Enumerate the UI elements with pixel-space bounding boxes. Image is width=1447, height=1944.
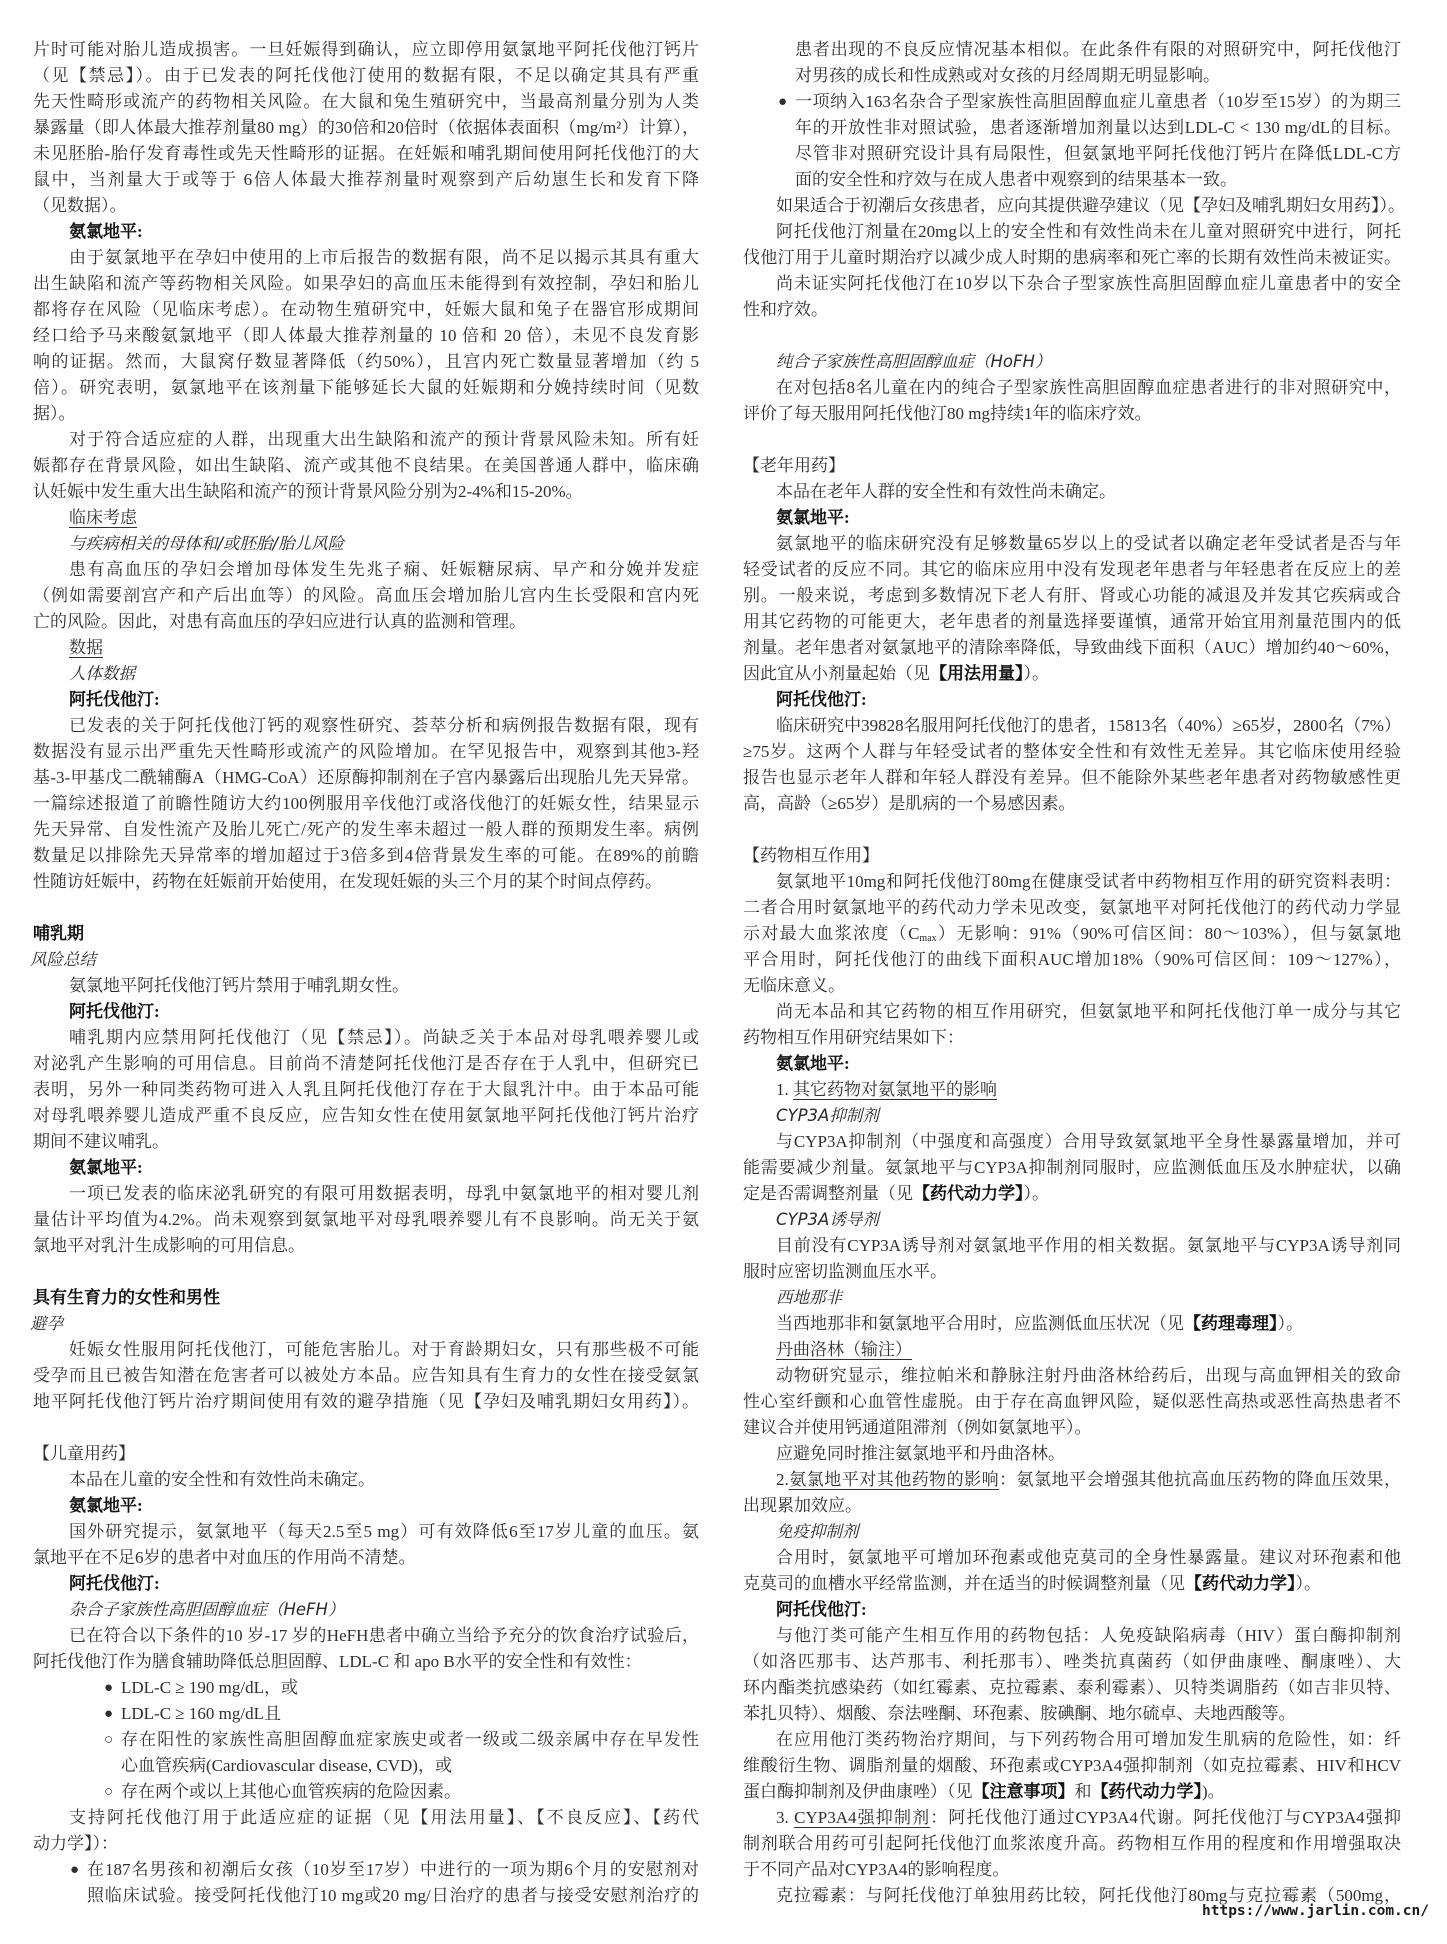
list-item-continuation: 年的开放性非对照试验，患者逐渐增加剂量以达到LDL-C < 130 mg/dL的… [743,115,1401,141]
text-line: 对于符合适应症的人群，出现重大出生缺陷和流产的预计背景风险未知。所有妊 [33,427,699,453]
text-line: 性和疗效。 [743,297,1401,323]
text-segment: ）无影响：91%（90%可信区间：80～103%），但与氨氯地 [937,924,1401,943]
section-reference: 【药代动力学】 [913,1184,1024,1203]
data-heading: 数据 [33,635,699,661]
drug-interactions-section: 【药物相互作用】 氨氯地平10mg和阿托伐他汀80mg在健康受试者中药物相互作用… [743,843,1401,1909]
underlined-heading: 其它药物对氨氯地平的影响 [793,1080,997,1099]
section-heading-pediatric-use: 【儿童用药】 [33,1441,699,1467]
text-segment: 示对最大血浆浓度（C [743,924,919,943]
text-line: 据）。 [33,401,699,427]
text-line: 出生缺陷和流产等药物相关风险。如果孕妇的高血压未能得到有效控制，孕妇和胎儿 [33,271,699,297]
text-line: 娠都存在背景风险，如出生缺陷、流产或其他不良结果。在美国普通人群中，临床确 [33,453,699,479]
text-line: 本品在儿童的安全性和有效性尚未确定。 [33,1467,699,1493]
risk-summary-subheading: 风险总结 [30,947,699,973]
text-line: 别。一般来说，考虑到多数情况下老人有肝、肾或心功能的减退及并发其它疾病或合 [743,583,1401,609]
text-line: 环内酯类抗感染药（如红霉素、克拉霉素、泰利霉素）、贝特类调脂药（如吉非贝特、 [743,1675,1401,1701]
hofh-subheading: 纯合子家族性高胆固醇血症（HoFH） [743,349,1401,375]
text-line: 克莫司的血槽水平经常监测，并在适当的时候调整剂量（见【药代动力学】）。 [743,1571,1401,1597]
text-line: 阿托伐他汀作为膳食辅助降低总胆固醇、LDL-C 和 apo B水平的安全性和有效… [33,1649,699,1675]
geriatric-use-section: 【老年用药】 本品在老年人群的安全性和有效性尚未确定。 氨氯地平: 氨氯地平的临… [743,453,1401,817]
text-segment: ：氨氯地平会增强其他抗高血压药物的降血压效果， [999,1470,1401,1489]
dantrolene-subheading: 丹曲洛林（输注） [743,1337,1401,1363]
text-line: 基-3-甲基戊二酰辅酶A（HMG-CoA）还原酶抑制剂在子宫内暴露后出现胎儿先天… [33,765,699,791]
drug-subheading-atorvastatin: 阿托伐他汀: [33,687,699,713]
text-line: 亡的风险。因此，对患有高血压的孕妇应进行认真的监测和管理。 [33,609,699,635]
text-line: 药物相互作用研究结果如下： [743,1025,1401,1051]
text-line: 二者合用时氨氯地平的药代动力学未见改变，氨氯地平对阿托伐他汀的药代动力学显 [743,895,1401,921]
text-line: ≥75岁。这两个人群与年轻受试者的整体安全性和有效性无差异。其它临床使用经验 [743,739,1401,765]
text-line: 阿托伐他汀剂量在20mg以上的安全性和有效性尚未在儿童对照研究中进行，阿托 [743,219,1401,245]
numbered-item-heading: 3. CYP3A4强抑制剂：阿托伐他汀通过CYP3A4代谢。阿托伐他汀与CYP3… [743,1805,1401,1831]
text-line: 临床研究中39828名服用阿托伐他汀的患者，15813名（40%）≥65岁，28… [743,713,1401,739]
text-line: 动物研究显示，维拉帕米和静脉注射丹曲洛林给药后，出现与高血钾相关的致命 [743,1363,1401,1389]
spacer [33,1415,699,1441]
text-line: 出现累加效应。 [743,1493,1401,1519]
circle-bullet-icon: ○ [104,1779,113,1805]
text-line: 经口给予马来酸氨氯地平（即人体最大推荐剂量的 10 倍和 20 倍），未见不良发… [33,323,699,349]
text-line: 尚无本品和其它药物的相互作用研究，但氨氯地平和阿托伐他汀单一成分与其它 [743,999,1401,1025]
text-segment: ）。 [1278,1314,1304,1333]
right-column: 患者出现的不良反应情况基本相似。在此条件有限的对照研究中，阿托伐他汀 对男孩的成… [743,37,1401,1909]
text-line: 性心室纤颤和心血管性虚脱。由于存在高血钾风险，疑似恶性高热或恶性高热患者不 [743,1389,1401,1415]
list-item: ● 在187名男孩和初潮后女孩（10岁至17岁）中进行的一项为期6个月的安慰剂对 [33,1857,699,1883]
list-item-text: LDL-C ≥ 160 mg/dL且 [121,1704,281,1723]
sildenafil-subheading: 西地那非 [743,1285,1401,1311]
text-segment: 当西地那非和氨氯地平合用时，应监测低血压状况（见 [776,1314,1184,1333]
text-line: （如洛匹那韦、达芦那韦、利托那韦）、唑类抗真菌药（如伊曲康唑、酮康唑）、大 [743,1649,1401,1675]
text-line: 氯地平对乳汁生成影响的可用信息。 [33,1233,699,1259]
text-line: 因此宜从小剂量起始（见【用法用量】）。 [743,661,1401,687]
drug-subheading-atorvastatin: 阿托伐他汀: [743,687,1401,713]
list-item: ● LDL-C ≥ 190 mg/dL，或 [33,1675,699,1701]
text-line: 数量足以排除先天异常率的增加超过于3倍多到4倍背景发生率的可能。在89%的前瞻 [33,843,699,869]
pregnancy-section-continued: 片时可能对胎儿造成损害。一旦妊娠得到确认，应立即停用氨氯地平阿托伐他汀钙片 （见… [33,37,699,895]
section-heading-reproductive-potential: 具有生育力的女性和男性 [33,1285,699,1311]
human-data-subheading: 人体数据 [33,661,699,687]
text-segment: ）。 [1024,1184,1050,1203]
text-line: 都将存在风险（见临床考虑）。在动物生殖研究中，妊娠大鼠和兔子在器官形成期间 [33,297,699,323]
underlined-heading: 临床考虑 [69,508,137,527]
disease-risk-subheading: 与疾病相关的母体和/或胚胎/胎儿风险 [33,531,699,557]
bullet-icon: ● [104,1701,113,1727]
text-line: 伐他汀用于儿童时期治疗以减少成人时期的患病率和死亡率的长期有效性尚未被证实。 [743,245,1401,271]
text-segment: 和 [1075,1782,1092,1801]
text-line: 氨氯地平10mg和阿托伐他汀80mg在健康受试者中药物相互作用的研究资料表明： [743,869,1401,895]
list-item-continuation: 照临床试验。接受阿托伐他汀10 mg或20 mg/日治疗的患者与接受安慰剂治疗的 [33,1883,699,1909]
text-line: 支持阿托伐他汀用于此适应症的证据（见【用法用量】、【不良反应】、【药代 [33,1805,699,1831]
text-line: 在应用他汀类药物治疗期间，与下列药物合用可增加发生肌病的危险性，如：纤 [743,1727,1401,1753]
underlined-heading: 氨氯地平对其他药物的影响 [789,1470,999,1489]
text-line: 响的证据。然而，大鼠窝仔数显著降低（约50%），且宫内死亡数量显著增加（约 5 [33,349,699,375]
list-item-text: LDL-C ≥ 190 mg/dL，或 [121,1678,298,1697]
text-line: 能需要减少剂量。氨氯地平与CYP3A抑制剂同服时，应监测低血压及水肿症状，以确 [743,1155,1401,1181]
section-heading-drug-interactions: 【药物相互作用】 [743,843,1401,869]
document-page: 片时可能对胎儿造成损害。一旦妊娠得到确认，应立即停用氨氯地平阿托伐他汀钙片 （见… [0,0,1447,1944]
text-line: 对泌乳产生影响的可用信息。目前尚不清楚阿托伐他汀是否存在于人乳中，但研究已 [33,1051,699,1077]
text-line: 苯扎贝特）、烟酸、奈法唑酮、环孢素、胺碘酮、地尔硫卓、夫地西酸等。 [743,1701,1401,1727]
text-line: 定是否需调整剂量（见【药代动力学】）。 [743,1181,1401,1207]
text-line: 当西地那非和氨氯地平合用时，应监测低血压状况（见【药理毒理】）。 [743,1311,1401,1337]
text-line: 高，高龄（≥65岁）是肌病的一个易感因素。 [743,791,1401,817]
spacer [743,427,1401,453]
text-line: 维酸衍生物、调脂剂量的烟酸、环孢素或CYP3A4强抑制剂（如克拉霉素、HIV和H… [743,1753,1401,1779]
list-item-continuation: 患者出现的不良反应情况基本相似。在此条件有限的对照研究中，阿托伐他汀 [743,37,1401,63]
text-line: 目前没有CYP3A诱导剂对氨氯地平作用的相关数据。氨氯地平与CYP3A诱导剂同 [743,1233,1401,1259]
text-line: 蛋白酶抑制剂及伊曲康唑）（见【注意事项】和【药代动力学】)。 [743,1779,1401,1805]
text-line: 妊娠女性服用阿托伐他汀，可能危害胎儿。对于育龄期妇女，只有那些极不可能 [33,1337,699,1363]
text-segment: )。 [1202,1782,1225,1801]
text-line: 性随访妊娠中，药物在妊娠前开始使用，在发现妊娠的头三个月的某个时间点停药。 [33,869,699,895]
drug-subheading-atorvastatin: 阿托伐他汀: [743,1597,1401,1623]
section-heading-geriatric-use: 【老年用药】 [743,453,1401,479]
item-number: 1. [776,1080,793,1099]
text-line: 与CYP3A抑制剂（中强度和高强度）合用导致氨氯地平全身性暴露量增加，并可 [743,1129,1401,1155]
list-item: ● 一项纳入163名杂合子型家族性高胆固醇血症儿童患者（10岁至15岁）的为期三 [743,89,1401,115]
text-segment: 蛋白酶抑制剂及伊曲康唑）（见 [743,1782,973,1801]
text-line: 示对最大血浆浓度（Cmax）无影响：91%（90%可信区间：80～103%），但… [743,921,1401,947]
text-line: 如果适合于初潮后女孩患者，应向其提供避孕建议（见【孕妇及哺乳期妇女用药】）。 [743,193,1401,219]
text-line: 与他汀类可能产生相互作用的药物包括：人免疫缺陷病毒（HIV）蛋白酶抑制剂 [743,1623,1401,1649]
item-number: 2. [776,1470,789,1489]
text-line: 动力学】）： [33,1831,699,1857]
text-line: 鼠中，当剂量大于或等于 6倍人体最大推荐剂量时观察到产后幼崽生长和发育下降 [33,167,699,193]
text-line: 建议合并使用钙通道阻滞剂（例如氨氯地平）。 [743,1415,1401,1441]
text-line: 倍）。研究表明，氨氯地平在该剂量下能够延长大鼠的妊娠期和分娩持续时间（见数 [33,375,699,401]
text-line: 已在符合以下条件的10 岁-17 岁的HeFH患者中确立当给予充分的饮食治疗试验… [33,1623,699,1649]
numbered-item-heading: 1. 其它药物对氨氯地平的影响 [743,1077,1401,1103]
text-line: （见【禁忌】）。由于已发表的阿托伐他汀使用的数据有限，不足以确定其具有严重 [33,63,699,89]
text-segment: ：阿托伐他汀通过CYP3A4代谢。阿托伐他汀与CYP3A4强抑 [930,1808,1401,1827]
drug-subheading-amlodipine: 氨氯地平: [743,505,1401,531]
item-number: 3. [776,1808,794,1827]
bullet-icon: ● [70,1857,79,1883]
text-line: 片时可能对胎儿造成损害。一旦妊娠得到确认，应立即停用氨氯地平阿托伐他汀钙片 [33,37,699,63]
list-item-text: 一项纳入163名杂合子型家族性高胆固醇血症儿童患者（10岁至15岁）的为期三 [795,92,1401,111]
spacer [33,895,699,921]
cyp3a-inhibitors-subheading: CYP3A抑制剂 [743,1103,1401,1129]
pediatric-use-section-continued: 患者出现的不良反应情况基本相似。在此条件有限的对照研究中，阿托伐他汀 对男孩的成… [743,37,1401,427]
text-line: 表明，另外一种同类药物可进入人乳且阿托伐他汀存在于大鼠乳汁中。由于本品可能 [33,1077,699,1103]
text-line: 在对包括8名儿童在内的纯合子型家族性高胆固醇血症患者进行的非对照研究中， [743,375,1401,401]
list-item: ○ 存在阳性的家族性高胆固醇血症家族史或者一级或二级亲属中存在早发性 [33,1727,699,1753]
text-line: 对母乳喂养婴儿造成严重不良反应，应告知女性在使用氨氯地平阿托伐他汀钙片治疗 [33,1103,699,1129]
list-item-text: 存在两个或以上其他心血管疾病的危险因素。 [121,1782,461,1801]
bullet-icon: ● [778,89,787,115]
text-line: （例如需要剖宫产和产后出血等）的风险。高血压会增加胎儿宫内生长受限和宫内死 [33,583,699,609]
watermark-url: https://www.jarlin.com.cn/ [1202,1903,1429,1919]
drug-subheading-amlodipine: 氨氯地平: [33,1493,699,1519]
clinical-considerations-heading: 临床考虑 [33,505,699,531]
text-line: 服时应密切监测血压水平。 [743,1259,1401,1285]
text-line: 剂量。老年患者对氨氯地平的清除率降低，导致曲线下面积（AUC）增加约40～60%… [743,635,1401,661]
list-item-continuation: 对男孩的成长和性成熟或对女孩的月经周期无明显影响。 [743,63,1401,89]
text-line: 受孕而且已被告知潜在危害者可以被处方本品。应告知具有生育力的女性在接受氨氯 [33,1363,699,1389]
text-line: （见数据）。 [33,193,699,219]
drug-subheading-atorvastatin: 阿托伐他汀: [33,999,699,1025]
text-segment: 克莫司的血槽水平经常监测，并在适当的时候调整剂量（见 [743,1574,1185,1593]
spacer [33,1259,699,1285]
text-line: 于不同产品对CYP3A4的影响程度。 [743,1857,1401,1883]
text-line: 期间不建议哺乳。 [33,1129,699,1155]
list-item-text: 在187名男孩和初潮后女孩（10岁至17岁）中进行的一项为期6个月的安慰剂对 [87,1860,699,1879]
text-segment: ）。 [1024,664,1050,683]
immunosuppressants-subheading: 免疫抑制剂 [743,1519,1401,1545]
lactation-section: 哺乳期 风险总结 氨氯地平阿托伐他汀钙片禁用于哺乳期女性。 阿托伐他汀: 哺乳期… [33,921,699,1259]
list-item-text: 存在阳性的家族性高胆固醇血症家族史或者一级或二级亲属中存在早发性 [121,1730,699,1749]
text-line: 一篇综述报道了前瞻性随访大约100例服用辛伐他汀或洛伐他汀的妊娠女性，结果显示 [33,791,699,817]
text-line: 氨氯地平的临床研究没有足够数量65岁以上的受试者以确定老年受试者是否与年 [743,531,1401,557]
bullet-icon: ● [104,1675,113,1701]
text-line: 尚未证实阿托伐他汀在10岁以下杂合子型家族性高胆固醇血症儿童患者中的安全 [743,271,1401,297]
text-line: 患有高血压的孕妇会增加母体发生先兆子痫、妊娠糖尿病、早产和分娩并发症 [33,557,699,583]
text-line: 氯地平在不足6岁的患者中对血压的作用尚不清楚。 [33,1545,699,1571]
text-segment: 因此宜从小剂量起始（见 [743,664,930,683]
criteria-list: ● LDL-C ≥ 190 mg/dL，或 ● LDL-C ≥ 160 mg/d… [33,1675,699,1805]
text-line: 先天异常、自发性流产及胎儿死亡/死产的发生率未超过一般人群的预期发生率。病例 [33,817,699,843]
drug-subheading-amlodipine: 氨氯地平: [33,1155,699,1181]
text-line: 未见胚胎-胎仔发育毒性或先天性畸形的证据。在妊娠和哺乳期间使用阿托伐他汀的大 [33,141,699,167]
text-line: 无临床意义。 [743,973,1401,999]
circle-bullet-icon: ○ [104,1727,113,1753]
text-line: 暴露量（即人体最大推荐剂量80 mg）的30倍和20倍时（依据体表面积（mg/m… [33,115,699,141]
section-heading-lactation: 哺乳期 [33,921,699,947]
text-line: 地平阿托伐他汀钙片治疗期间使用有效的避孕措施（见【孕妇及哺乳期妇女用药】）。 [33,1389,699,1415]
text-line: 用其它药物的可能更大，老年患者的剂量选择要谨慎，通常开始宜用剂量范围内的低 [743,609,1401,635]
text-line: 国外研究提示，氨氯地平（每天2.5至5 mg）可有效降低6至17岁儿童的血压。氨 [33,1519,699,1545]
reproductive-potential-section: 具有生育力的女性和男性 避孕 妊娠女性服用阿托伐他汀，可能危害胎儿。对于育龄期妇… [33,1285,699,1415]
list-item: ● LDL-C ≥ 160 mg/dL且 [33,1701,699,1727]
text-line: 制剂联合用药可引起阿托伐他汀血浆浓度升高。药物相互作用的程度和作用增强取决 [743,1831,1401,1857]
text-line: 平合用时，阿托伐他汀的曲线下面积AUC增加18%（90%可信区间：109～127… [743,947,1401,973]
list-item-continuation: 尽管非对照研究设计具有局限性，但氨氯地平阿托伐他汀钙片在降低LDL-C方 [743,141,1401,167]
contraception-subheading: 避孕 [30,1311,699,1337]
subscript-max: max [919,933,936,944]
section-reference: 【注意事项】 [973,1782,1075,1801]
text-line: 哺乳期内应禁用阿托伐他汀（见【禁忌】）。尚缺乏关于本品对母乳喂养婴儿或 [33,1025,699,1051]
list-item-continuation: 面的安全性和疗效与在成人患者中观察到的结果基本一致。 [743,167,1401,193]
text-segment: 定是否需调整剂量（见 [743,1184,913,1203]
text-line: 已发表的关于阿托伐他汀钙的观察性研究、荟萃分析和病例报告数据有限，现有 [33,713,699,739]
spacer [743,323,1401,349]
cyp3a-inducers-subheading: CYP3A诱导剂 [743,1207,1401,1233]
text-line: 认妊娠中发生重大出生缺陷和流产的预计背景风险分别为2-4%和15-20%。 [33,479,699,505]
spacer [743,817,1401,843]
section-reference: 【用法用量】 [930,664,1024,683]
text-segment: ）。 [1296,1574,1322,1593]
drug-subheading-atorvastatin: 阿托伐他汀: [33,1571,699,1597]
text-line: 合用时，氨氯地平可增加环孢素或他克莫司的全身性暴露量。建议对环孢素和他 [743,1545,1401,1571]
section-reference: 【药理毒理】 [1184,1314,1278,1333]
text-line: 氨氯地平阿托伐他汀钙片禁用于哺乳期女性。 [33,973,699,999]
underlined-heading: 丹曲洛林（输注） [776,1340,912,1359]
section-reference: 【药代动力学】 [1092,1782,1203,1801]
list-item: ○ 存在两个或以上其他心血管疾病的危险因素。 [33,1779,699,1805]
hefh-subheading: 杂合子家族性高胆固醇血症（HeFH） [33,1597,699,1623]
text-line: 先天性畸形或流产的药物相关风险。在大鼠和兔生殖研究中，当最高剂量分别为人类 [33,89,699,115]
text-line: 轻受试者的反应不同。其它的临床应用中没有发现老年患者与年轻患者在反应上的差 [743,557,1401,583]
text-line: 报告也显示老年人群和年轻人群没有差异。但不能除外某些老年患者对药物敏感性更 [743,765,1401,791]
drug-subheading-amlodipine: 氨氯地平: [33,219,699,245]
list-item-continuation: 心血管疾病(Cardiovascular disease, CVD)，或 [33,1753,699,1779]
section-reference: 【药代动力学】 [1185,1574,1296,1593]
text-line: 由于氨氯地平在孕妇中使用的上市后报告的数据有限，尚不足以揭示其具有重大 [33,245,699,271]
text-line: 应避免同时推注氨氯地平和丹曲洛林。 [743,1441,1401,1467]
numbered-item-heading: 2.氨氯地平对其他药物的影响：氨氯地平会增强其他抗高血压药物的降血压效果， [743,1467,1401,1493]
text-line: 数据没有显示出严重先天性畸形或流产的风险增加。在罕见报告中，观察到其他3-羟 [33,739,699,765]
text-line: 本品在老年人群的安全性和有效性尚未确定。 [743,479,1401,505]
underlined-heading: 数据 [69,638,103,657]
underlined-heading: CYP3A4强抑制剂 [794,1808,930,1827]
text-line: 一项已发表的临床泌乳研究的有限可用数据表明，母乳中氨氯地平的相对婴儿剂 [33,1181,699,1207]
text-line: 评价了每天服用阿托伐他汀80 mg持续1年的临床疗效。 [743,401,1401,427]
pediatric-use-section: 【儿童用药】 本品在儿童的安全性和有效性尚未确定。 氨氯地平: 国外研究提示，氨… [33,1441,699,1909]
drug-subheading-amlodipine: 氨氯地平: [743,1051,1401,1077]
left-column: 片时可能对胎儿造成损害。一旦妊娠得到确认，应立即停用氨氯地平阿托伐他汀钙片 （见… [33,37,699,1909]
text-line: 量估计平均值为4.2%。尚未观察到氨氯地平对母乳喂养婴儿有不良影响。尚无关于氨 [33,1207,699,1233]
